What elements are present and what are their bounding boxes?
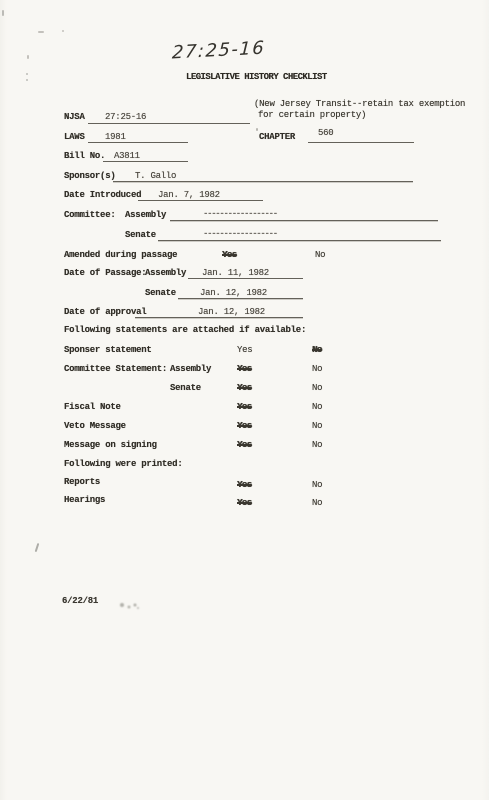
date-introduced-rule (138, 200, 263, 201)
scanned-document-page: 27:25-16 LEGISLATIVE HISTORY CHECKLIST (… (0, 0, 489, 800)
statement-row-sublabel: Senate (170, 383, 201, 394)
committee-assembly-label: Assembly (125, 210, 166, 221)
printed-row-no: No (312, 498, 322, 509)
statement-row-yes: Yes (237, 383, 251, 394)
sponsors-label: Sponsor(s) (64, 171, 116, 182)
date-of-approval-rule (135, 317, 303, 318)
scan-mark (35, 543, 39, 552)
statement-row-yes: Yes (237, 421, 251, 432)
statement-row-label: Fiscal Note (64, 402, 121, 413)
laws-label: LAWS (64, 132, 85, 143)
statement-row-yes: Yes (237, 402, 251, 413)
statement-row-label: Veto Message (64, 421, 126, 432)
statement-row-label: Message on signing (64, 440, 157, 451)
printed-heading: Following were printed: (64, 459, 182, 470)
statement-row-yes: Yes (237, 345, 252, 356)
scan-speck (26, 73, 28, 75)
scan-speck (256, 128, 258, 131)
chapter-label: CHAPTER (259, 132, 295, 143)
statement-row-label: Committee Statement: (64, 364, 167, 375)
committee-senate-rule (158, 240, 441, 241)
scan-speck (2, 10, 4, 16)
printed-row-yes: Yes (237, 498, 251, 509)
committee-assembly-rule (170, 220, 438, 221)
subject-note-line1: (New Jersey Transit--retain tax exemptio… (254, 99, 465, 110)
scan-speck (26, 79, 28, 81)
statement-row-no: No (312, 421, 322, 432)
scan-speck (27, 55, 29, 59)
njsa-label: NJSA (64, 112, 85, 123)
statement-row-no: No (312, 402, 322, 413)
committee-senate-value: ------------------ (203, 229, 277, 240)
statement-row-label: Sponser statement (64, 345, 152, 356)
njsa-value: 27:25-16 (105, 112, 146, 123)
chapter-value: 560 (318, 128, 333, 139)
passage-senate-rule (178, 298, 303, 299)
checklist-date-stamp: 6/22/81 (62, 596, 98, 607)
subject-note-line2: for certain property) (258, 110, 366, 121)
statement-row-no: No (312, 383, 322, 394)
sponsors-rule (113, 181, 413, 182)
bill-no-rule (103, 161, 188, 162)
statement-row-no: No (312, 364, 322, 375)
statement-row-no: No (312, 440, 322, 451)
ink-smudge (120, 603, 124, 607)
njsa-rule (88, 123, 250, 124)
statement-row-yes: Yes (237, 440, 251, 451)
passage-senate-label: Senate (145, 288, 176, 299)
laws-rule (88, 142, 188, 143)
committee-assembly-value: ------------------ (203, 209, 277, 220)
amended-label: Amended during passage (64, 250, 177, 261)
bill-no-label: Bill No. (64, 151, 105, 162)
handwritten-citation: 27:25-16 (172, 38, 266, 64)
scan-speck (38, 31, 44, 33)
passage-assembly-rule (188, 278, 303, 279)
amended-no: No (315, 250, 325, 261)
printed-row-yes: Yes (237, 480, 251, 491)
committee-label: Committee: (64, 210, 116, 221)
printed-row-label: Hearings (64, 495, 105, 506)
committee-senate-label: Senate (125, 230, 156, 241)
date-of-passage-label: Date of Passage: (64, 268, 146, 279)
document-title: LEGISLATIVE HISTORY CHECKLIST (186, 72, 327, 83)
date-introduced-label: Date Introduced (64, 190, 141, 201)
statement-row-yes: Yes (237, 364, 251, 375)
chapter-rule (308, 142, 414, 143)
statements-heading: Following statements are attached if ava… (64, 325, 306, 336)
statement-row-sublabel: Assembly (170, 364, 211, 375)
passage-assembly-label: Assembly (145, 268, 186, 279)
statement-row-no: No (312, 345, 322, 356)
amended-yes: Yes (222, 250, 236, 261)
printed-row-no: No (312, 480, 322, 491)
printed-row-label: Reports (64, 477, 100, 488)
scan-speck (62, 30, 64, 32)
